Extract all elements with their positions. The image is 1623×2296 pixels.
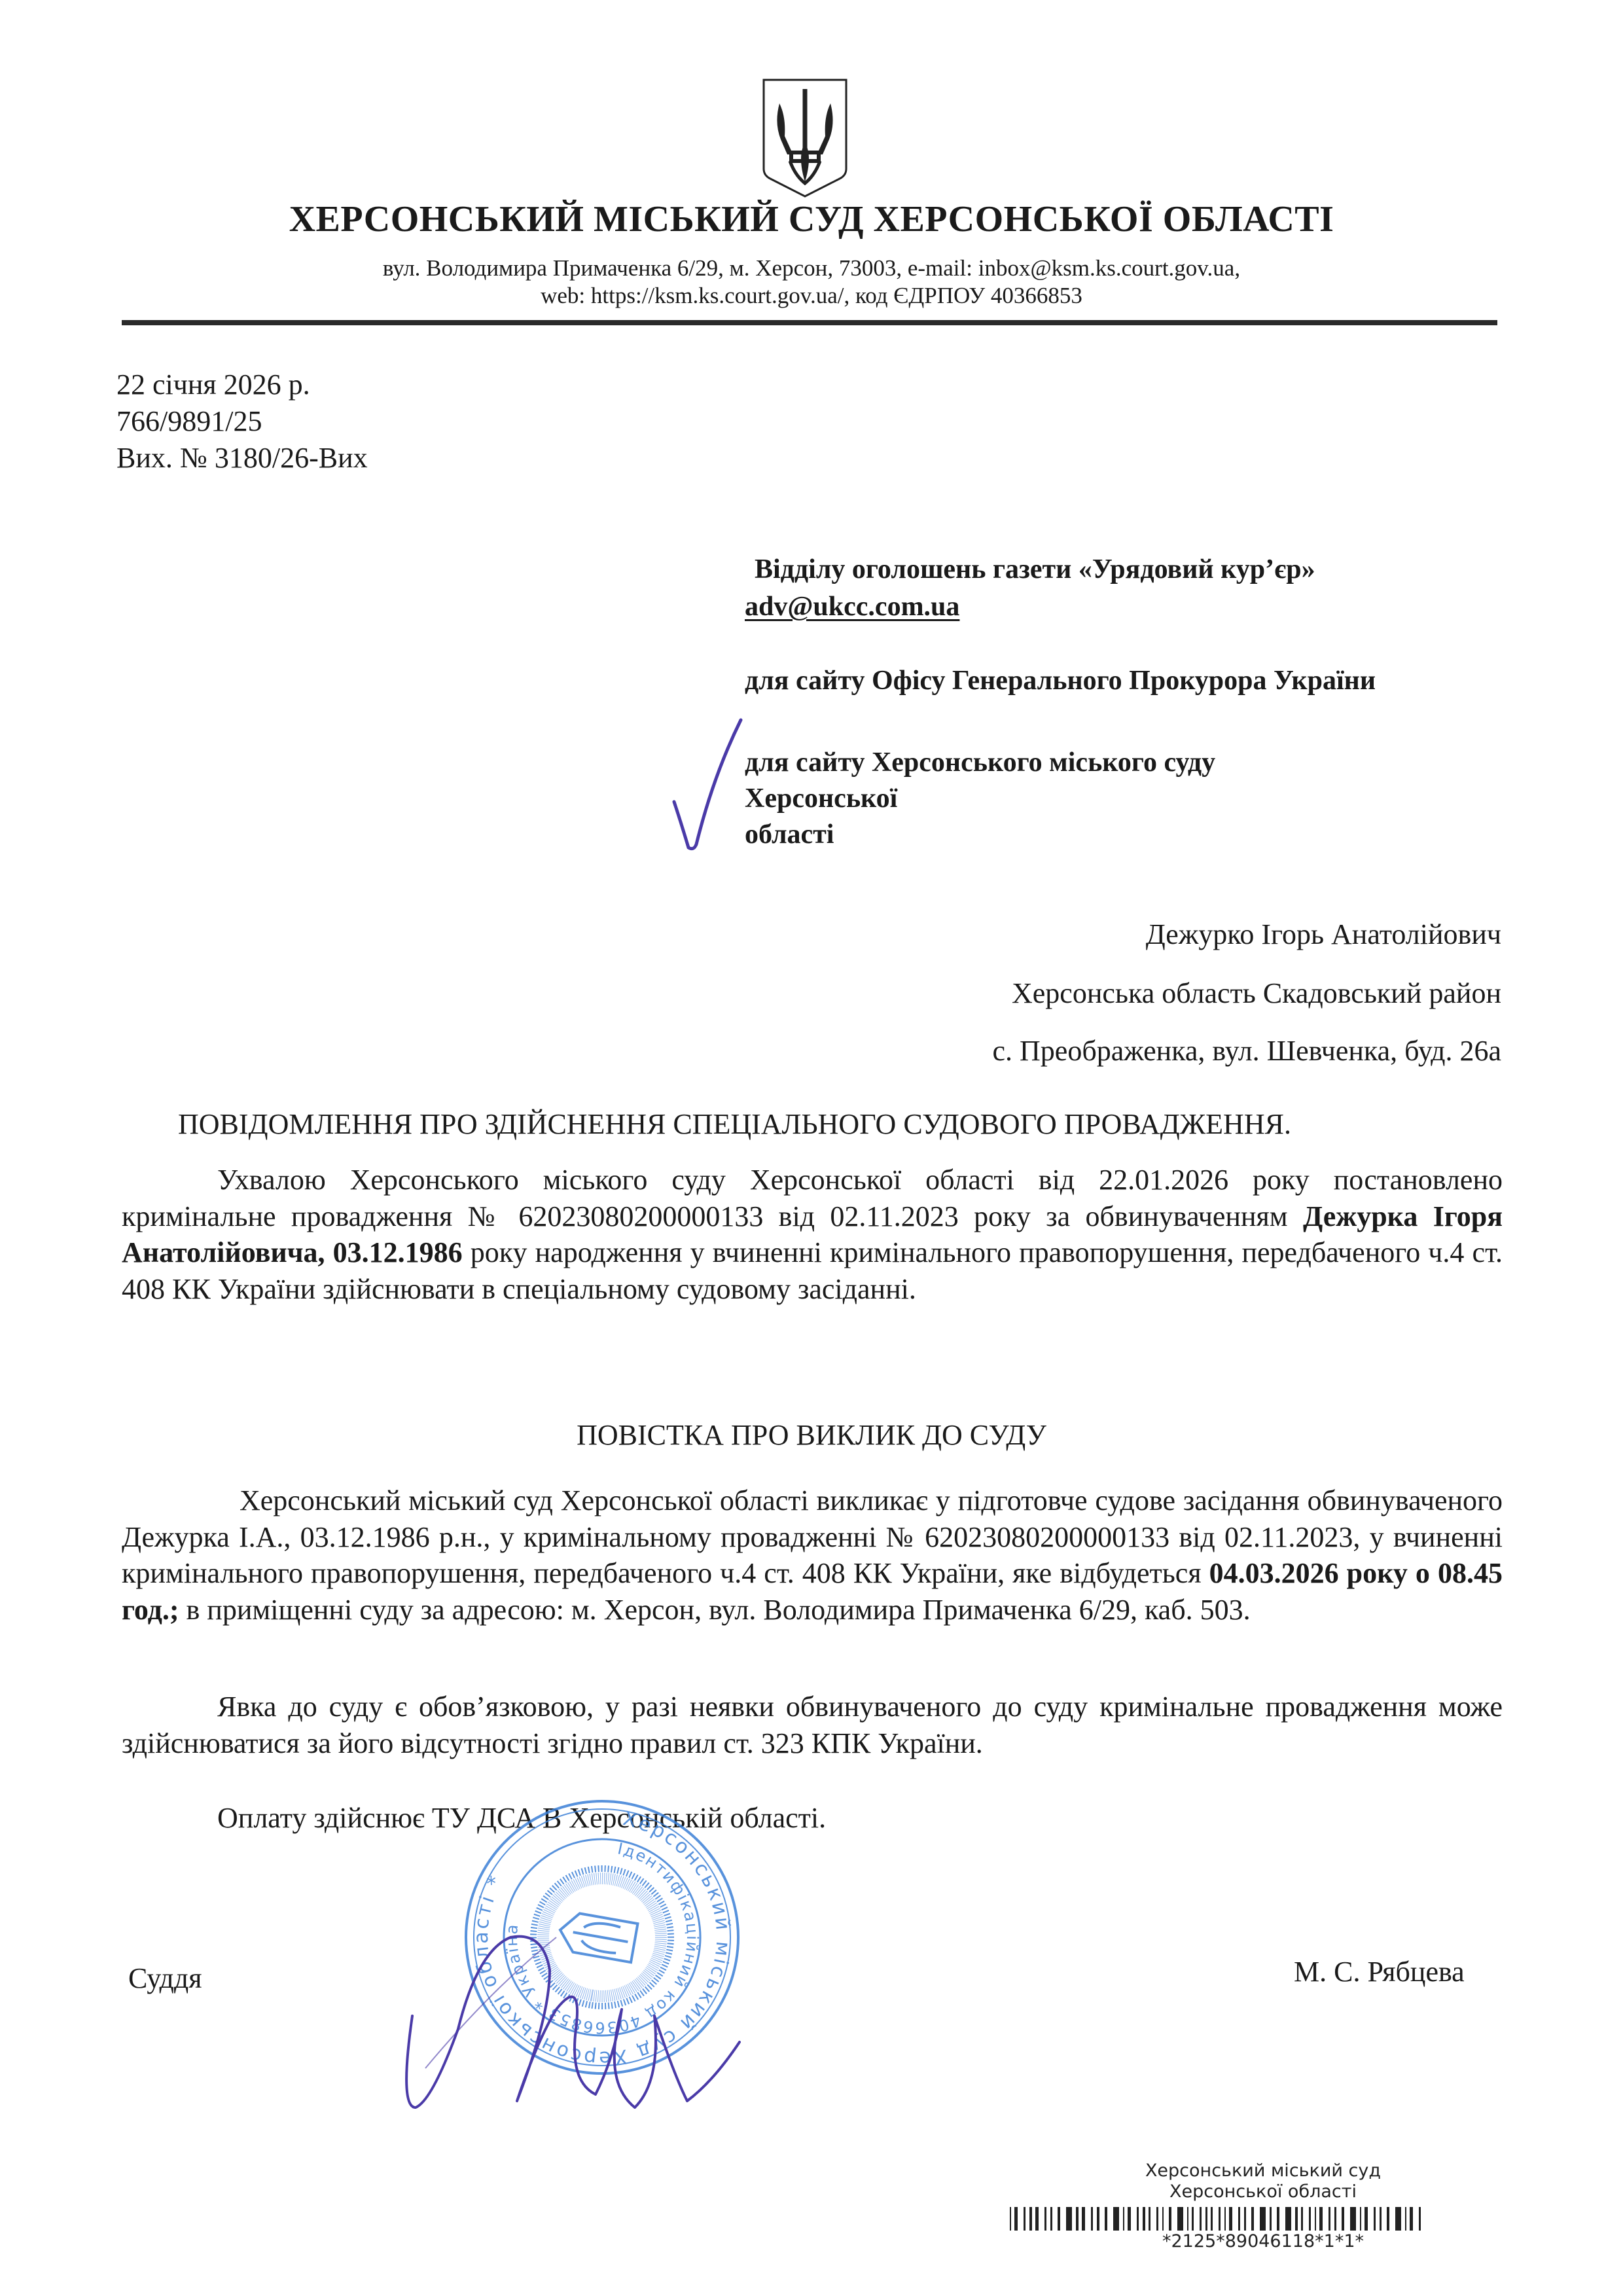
barcode-bar xyxy=(1277,2207,1279,2231)
barcode-bar xyxy=(1035,2207,1039,2231)
barcode-bar xyxy=(1156,2207,1158,2231)
notice-paragraph: Ухвалою Херсонського міського суду Херсо… xyxy=(122,1162,1503,1307)
barcode-bar xyxy=(1137,2207,1139,2231)
barcode-bar xyxy=(1200,2207,1202,2231)
coat-of-arms-icon xyxy=(761,77,849,199)
recipient-court-site-line2: Херсонської xyxy=(745,781,1215,817)
judge-name: М. С. Рябцева xyxy=(1294,1954,1465,1990)
barcode-bar xyxy=(1419,2207,1421,2231)
court-web-and-code: web: https://ksm.ks.court.gov.ua/, код Є… xyxy=(0,281,1623,310)
document-date: 22 січня 2026 р. xyxy=(116,367,368,403)
barcode-bar xyxy=(1205,2207,1207,2231)
barcode-bar xyxy=(1058,2207,1060,2231)
case-number: 766/9891/25 xyxy=(116,403,368,440)
barcode-bar xyxy=(1364,2207,1368,2231)
summons-paragraph: Херсонський міський суд Херсонської обла… xyxy=(122,1482,1503,1628)
court-address: вул. Володимира Примаченка 6/29, м. Херс… xyxy=(0,254,1623,283)
barcode-bar xyxy=(1238,2207,1240,2231)
barcode-bar xyxy=(1076,2207,1079,2231)
barcode-bar xyxy=(1091,2207,1093,2231)
summons-title: ПОВІСТКА ПРО ВИКЛИК ДО СУДУ xyxy=(0,1417,1623,1454)
barcode-bar xyxy=(1014,2207,1018,2231)
addressee-name: Дежурко Ігорь Анатолійович xyxy=(1146,916,1501,953)
barcode-bar xyxy=(1410,2207,1413,2231)
barcode-bar xyxy=(1380,2207,1382,2231)
barcode-bar xyxy=(1295,2207,1298,2231)
barcode-bar xyxy=(1374,2207,1376,2231)
barcode-bar xyxy=(1050,2207,1052,2231)
header-divider xyxy=(122,320,1497,325)
barcode-bar xyxy=(1260,2207,1266,2231)
summons-text-b: в приміщенні суду за адресою: м. Херсон,… xyxy=(179,1594,1251,1626)
barcode-bar xyxy=(1219,2207,1221,2231)
notice-text-a: Ухвалою Херсонського міського суду Херсо… xyxy=(122,1164,1503,1232)
court-name: ХЕРСОНСЬКИЙ МІСЬКИЙ СУД ХЕРСОНСЬКОЇ ОБЛА… xyxy=(0,196,1623,242)
barcode-bar xyxy=(1229,2207,1232,2231)
recipient-court-site-line3: області xyxy=(745,817,1215,853)
barcode-bar xyxy=(1405,2207,1406,2231)
barcode-court-line1: Херсонський міський суд xyxy=(995,2161,1531,2181)
recipient-court-site: для сайту Херсонського міського суду Хер… xyxy=(745,745,1215,853)
addressee-street: с. Преображенка, вул. Шевченка, буд. 26а xyxy=(993,1033,1502,1069)
barcode-bar xyxy=(1128,2207,1131,2231)
recipient-newspaper-email-link[interactable]: adv@ukcc.com.ua xyxy=(745,589,959,625)
judge-signature-icon xyxy=(386,1911,753,2127)
recipient-prosecutor-site: для сайту Офісу Генерального Прокурора У… xyxy=(745,663,1376,699)
barcode-bar xyxy=(1309,2207,1311,2231)
barcode-bar xyxy=(1143,2207,1145,2231)
notice-title: ПОВІДОМЛЕННЯ ПРО ЗДІЙСНЕННЯ СПЕЦІАЛЬНОГО… xyxy=(178,1106,1291,1143)
barcode-bar xyxy=(1169,2207,1171,2231)
barcode-bar xyxy=(1350,2207,1356,2231)
barcode-bar xyxy=(1224,2207,1226,2231)
barcode-bar xyxy=(1097,2207,1099,2231)
recipient-court-site-line1: для сайту Херсонського міського суду xyxy=(745,745,1215,781)
barcode-bar xyxy=(1187,2207,1188,2231)
barcode-number: *2125*89046118*1*1* xyxy=(995,2232,1531,2251)
barcode-bar xyxy=(1123,2207,1124,2231)
barcode-bar xyxy=(1066,2207,1072,2231)
barcode-bar xyxy=(1113,2207,1119,2231)
barcode-bar xyxy=(1285,2207,1291,2231)
barcode-bar xyxy=(1029,2207,1032,2231)
barcode-bar xyxy=(1177,2207,1183,2231)
barcode-bar xyxy=(1162,2207,1164,2231)
recipient-newspaper: Відділу оголошень газети «Урядовий кур’є… xyxy=(755,552,1315,588)
barcode-bar xyxy=(1105,2207,1107,2231)
barcode-bar xyxy=(1211,2207,1213,2231)
addressee-region: Херсонська область Скадовський район xyxy=(1012,975,1501,1012)
attendance-paragraph: Явка до суду є обов’язковою, у разі неяв… xyxy=(122,1689,1503,1761)
barcode-bar xyxy=(1149,2207,1150,2231)
barcode-bar xyxy=(1315,2207,1316,2231)
barcode-bar xyxy=(1244,2207,1246,2231)
barcode-bar xyxy=(1010,2207,1011,2231)
barcode-bar xyxy=(1082,2207,1085,2231)
judge-label: Суддя xyxy=(128,1960,202,1997)
barcode-bar xyxy=(1319,2207,1323,2231)
barcode-bar xyxy=(1270,2207,1272,2231)
barcode-bar xyxy=(1387,2207,1389,2231)
handwritten-checkmark-icon xyxy=(668,717,743,854)
outgoing-number: Вих. № 3180/26-Вих xyxy=(116,440,368,476)
barcode-bar xyxy=(1334,2207,1336,2231)
barcode-bar xyxy=(1024,2207,1026,2231)
barcode-court-line2: Херсонської області xyxy=(995,2182,1531,2202)
reference-block: 22 січня 2026 р. 766/9891/25 Вих. № 3180… xyxy=(116,367,368,476)
barcode-bar xyxy=(1342,2207,1344,2231)
barcode-bar xyxy=(1360,2207,1361,2231)
barcode-bar xyxy=(1251,2207,1254,2231)
barcode-bar xyxy=(1192,2207,1194,2231)
barcode-bar xyxy=(1395,2207,1401,2231)
payment-paragraph: Оплату здійснює ТУ ДСА В Херсонській обл… xyxy=(122,1800,1503,1837)
barcode-bar xyxy=(1329,2207,1330,2231)
barcode xyxy=(1010,2207,1512,2231)
barcode-bar xyxy=(1044,2207,1046,2231)
barcode-bar xyxy=(1301,2207,1303,2231)
